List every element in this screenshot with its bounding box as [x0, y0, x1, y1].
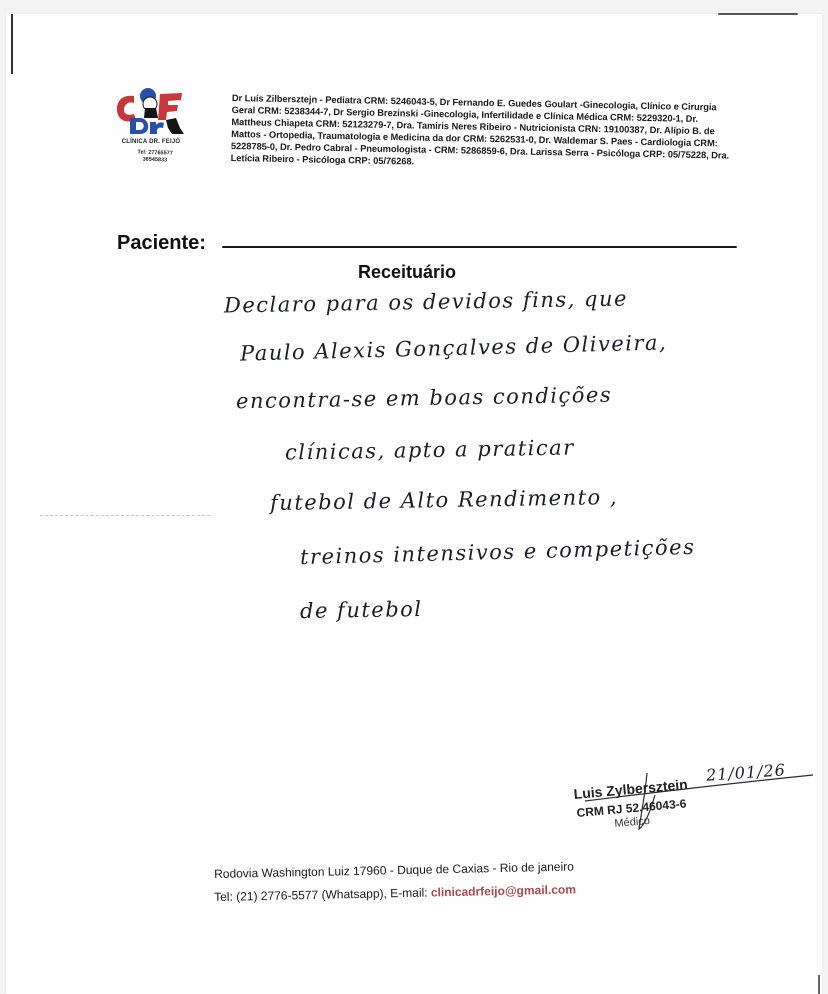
scan-edge-mark: [818, 975, 820, 994]
handwritten-line: clínicas, apto a praticar: [285, 435, 575, 464]
patient-field-line: [222, 246, 737, 248]
clinic-logo-icon: [112, 84, 192, 140]
scan-edge-mark: [718, 13, 798, 15]
clinic-name: CLÍNICA DR. FEIJÓ: [112, 139, 190, 145]
doctors-list: Dr Luís Zilbersztejn - Pediatra CRM: 524…: [231, 92, 732, 174]
scan-artifact: [40, 515, 210, 518]
patient-label: Paciente:: [117, 232, 206, 255]
clinic-phones: Tel: 27765577 36545833: [126, 149, 184, 165]
clinic-phone-line: 36545833: [126, 156, 184, 165]
clinic-logo: CLÍNICA DR. FEIJÓ Tel: 27765577 36545833: [112, 84, 192, 170]
scan-edge-mark: [11, 14, 13, 74]
handwritten-line: de futebol: [300, 597, 423, 623]
document-title: Receituário: [358, 262, 456, 283]
